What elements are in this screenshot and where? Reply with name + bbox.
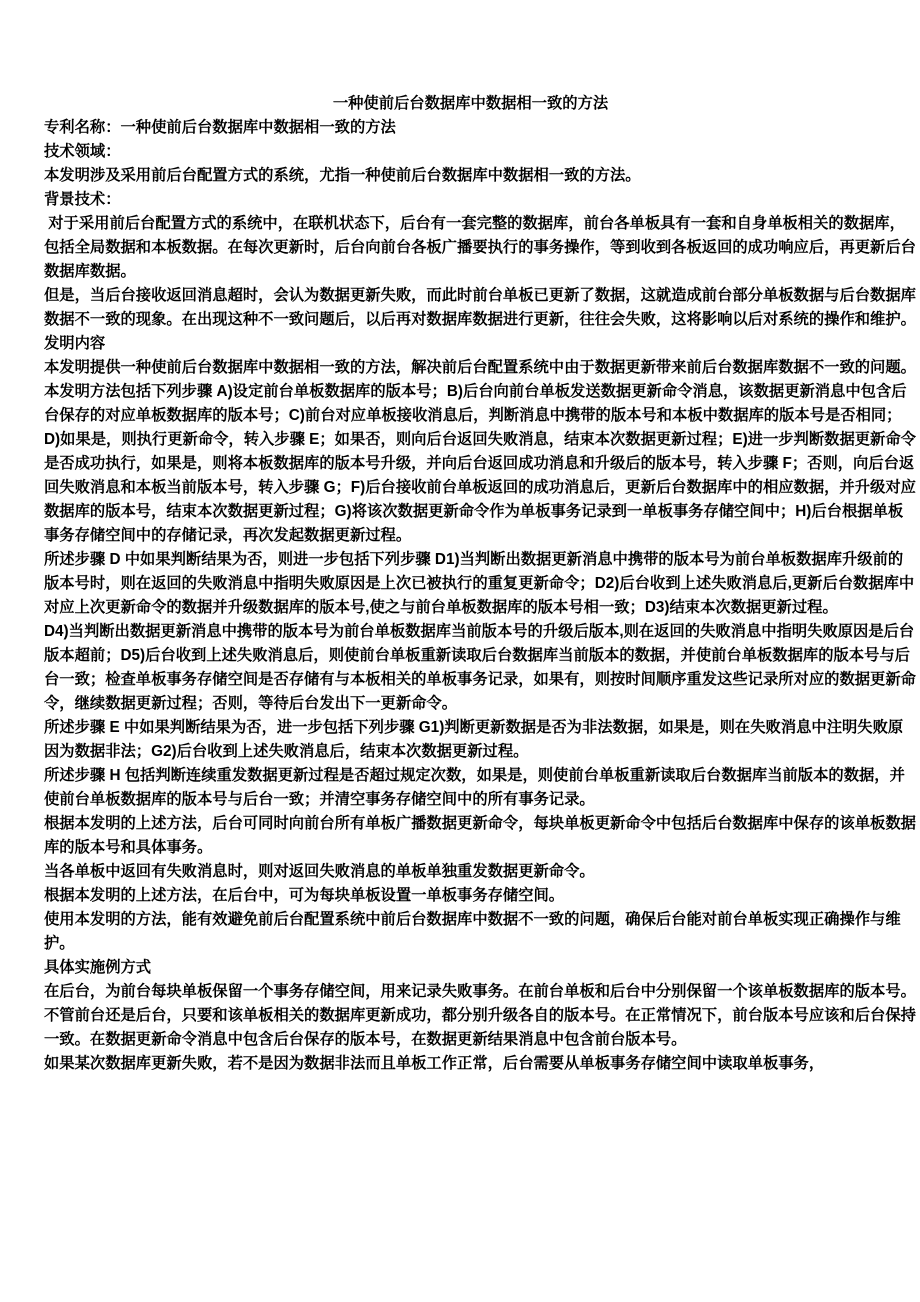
body-paragraph: 当各单板中返回有失败消息时，则对返回失败消息的单板单独重发数据更新命令。 xyxy=(44,860,916,884)
patent-document-body: 一种使前后台数据库中数据相一致的方法 专利名称：一种使前后台数据库中数据相一致的… xyxy=(44,92,916,1076)
body-paragraph: 但是，当后台接收返回消息超时，会认为数据更新失败，而此时前台单板已更新了数据，这… xyxy=(44,284,916,332)
document-title: 一种使前后台数据库中数据相一致的方法 xyxy=(25,92,916,116)
heading-background-art: 背景技术： xyxy=(44,188,916,212)
body-paragraph-truncated: 如果某次数据库更新失败，若不是因为数据非法而且单板工作正常，后台需要从单板事务存… xyxy=(44,1052,916,1076)
body-paragraph: 本发明提供一种使前后台数据库中数据相一致的方法，解决前后台配置系统中由于数据更新… xyxy=(44,356,916,380)
body-paragraph: 本发明方法包括下列步骤 A)设定前台单板数据库的版本号；B)后台向前台单板发送数… xyxy=(44,380,916,548)
heading-embodiments: 具体实施例方式 xyxy=(44,956,916,980)
body-paragraph: 使用本发明的方法，能有效避免前后台配置系统中前后台数据库中数据不一致的问题，确保… xyxy=(44,908,916,956)
body-paragraph: 根据本发明的上述方法，在后台中，可为每块单板设置一单板事务存储空间。 xyxy=(44,884,916,908)
body-paragraph: 本发明涉及采用前后台配置方式的系统，尤指一种使前后台数据库中数据相一致的方法。 xyxy=(44,164,916,188)
body-paragraph: 所述步骤 D 中如果判断结果为否，则进一步包括下列步骤 D1)当判断出数据更新消… xyxy=(44,548,916,620)
body-paragraph: 在后台，为前台每块单板保留一个事务存储空间，用来记录失败事务。在前台单板和后台中… xyxy=(44,980,916,1052)
body-paragraph: D4)当判断出数据更新消息中携带的版本号为前台单板数据库当前版本号的升级后版本,… xyxy=(44,620,916,716)
heading-invention-content: 发明内容 xyxy=(44,332,916,356)
body-paragraph: 所述步骤 E 中如果判断结果为否，进一步包括下列步骤 G1)判断更新数据是否为非… xyxy=(44,716,916,764)
heading-technical-field: 技术领域： xyxy=(44,140,916,164)
body-paragraph: 对于采用前后台配置方式的系统中，在联机状态下，后台有一套完整的数据库，前台各单板… xyxy=(44,212,916,284)
body-paragraph: 根据本发明的上述方法，后台可同时向前台所有单板广播数据更新命令，每块单板更新命令… xyxy=(44,812,916,860)
patent-document-page: 一种使前后台数据库中数据相一致的方法 专利名称：一种使前后台数据库中数据相一致的… xyxy=(0,0,920,1302)
patent-name-line: 专利名称：一种使前后台数据库中数据相一致的方法 xyxy=(44,116,916,140)
body-paragraph: 所述步骤 H 包括判断连续重发数据更新过程是否超过规定次数，如果是，则使前台单板… xyxy=(44,764,916,812)
